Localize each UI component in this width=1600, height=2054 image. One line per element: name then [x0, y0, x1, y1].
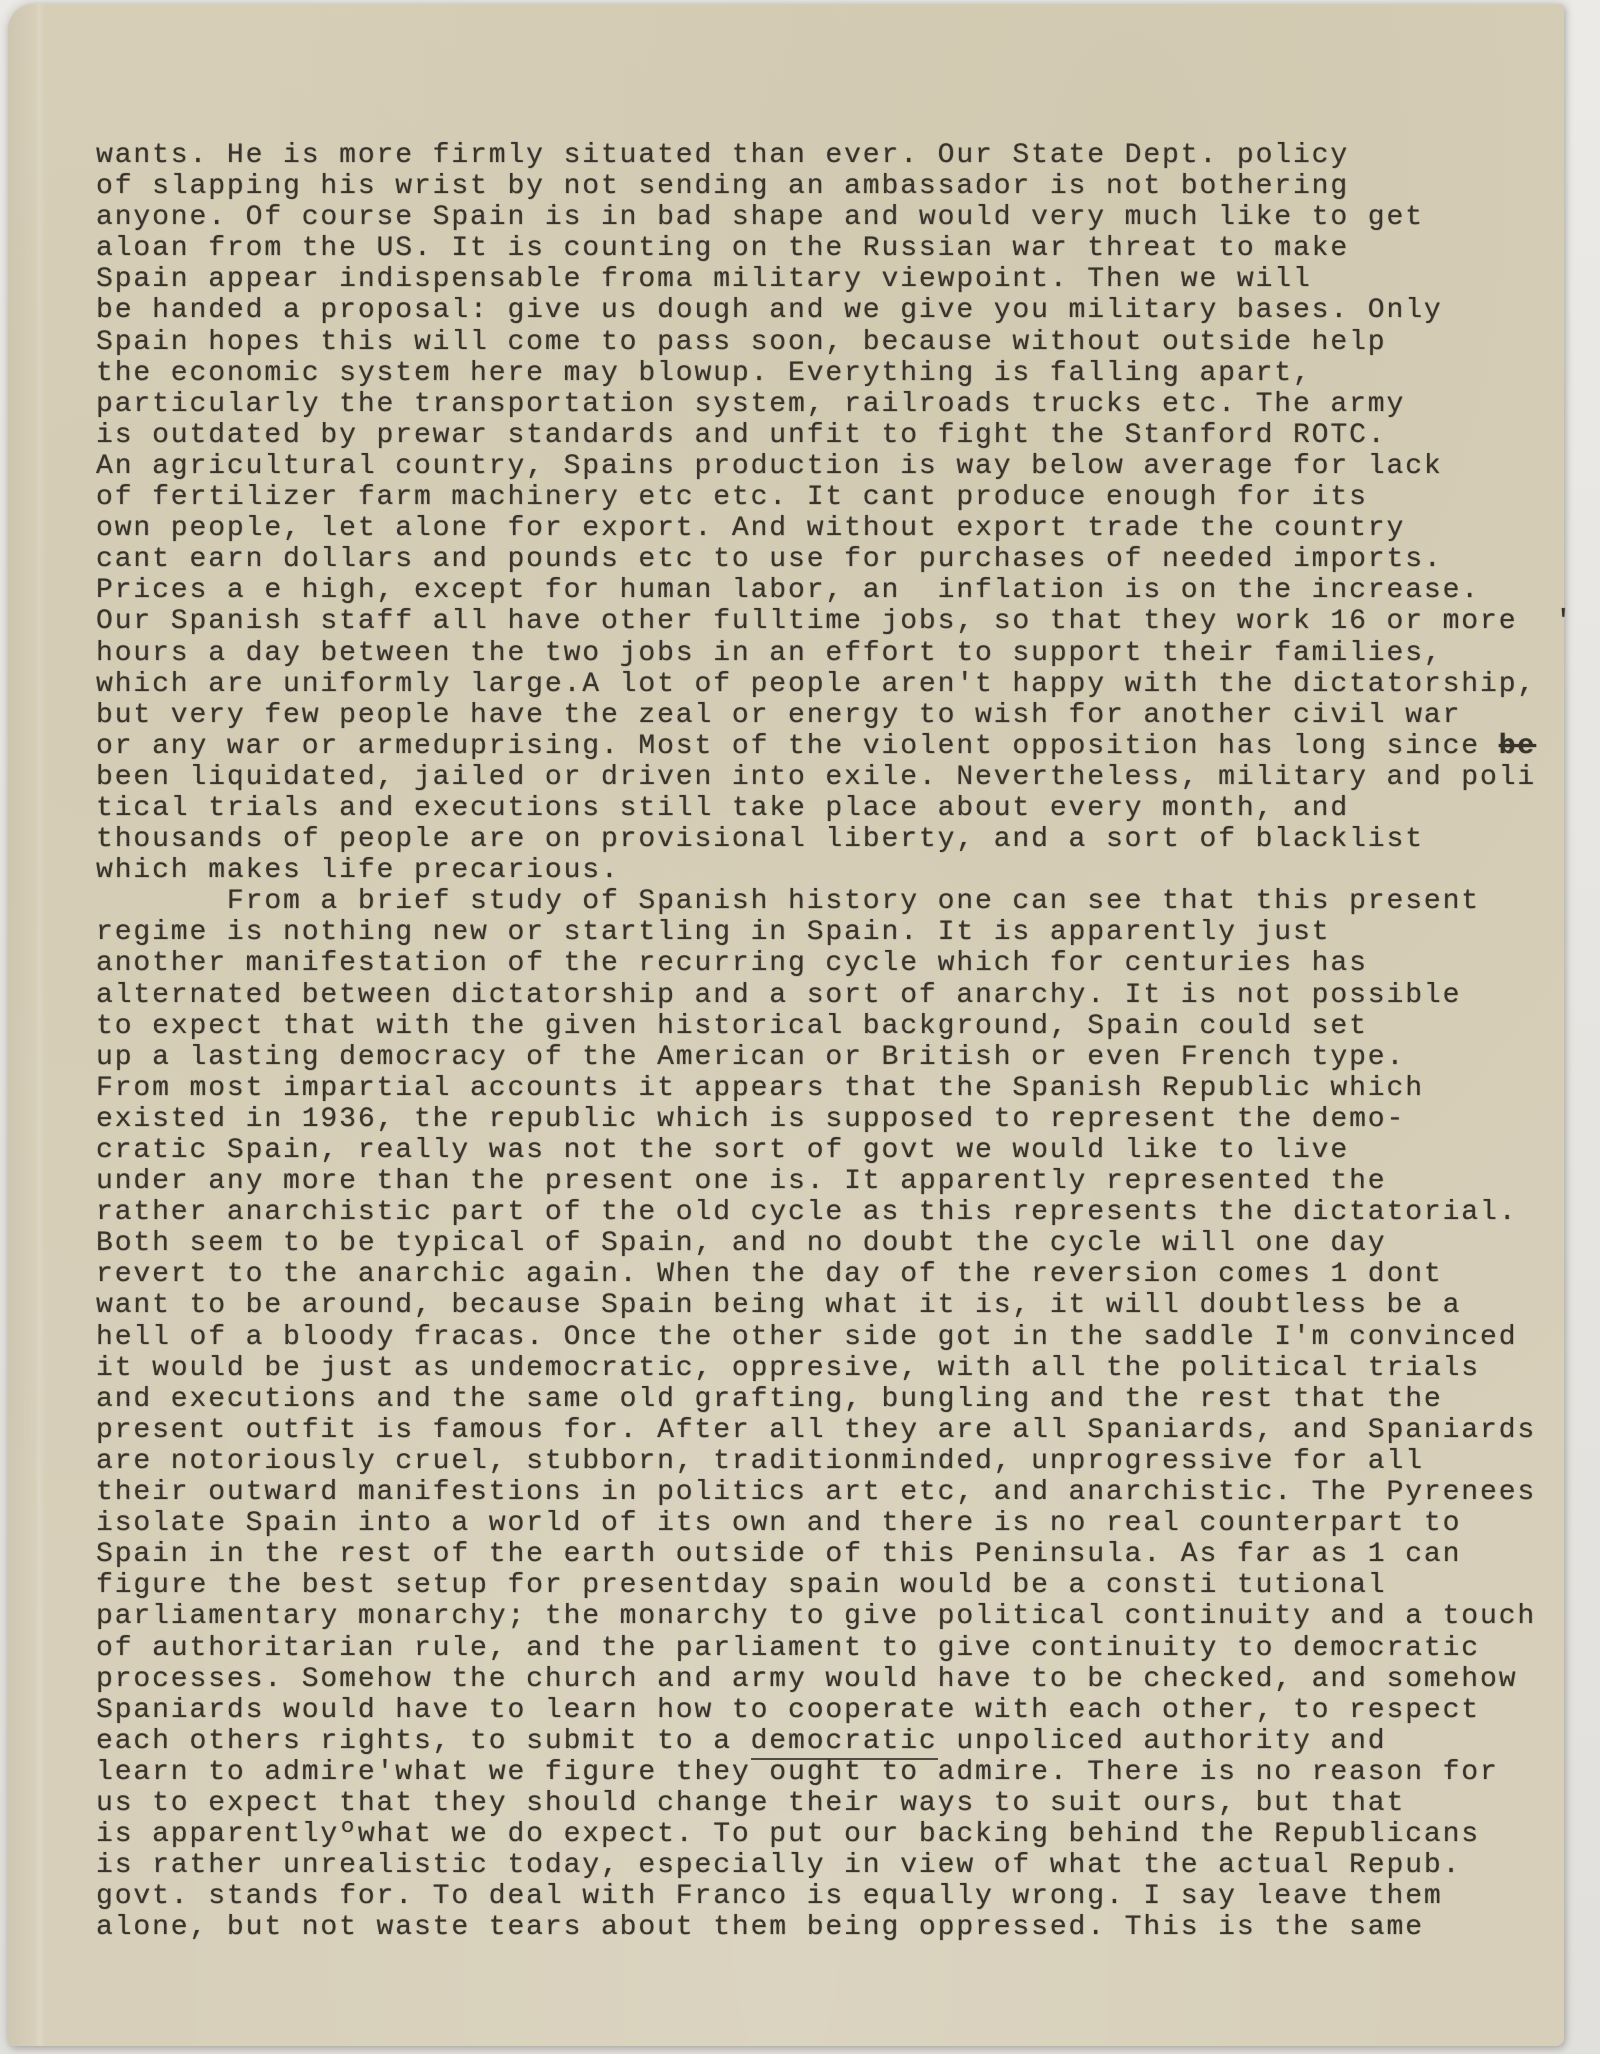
text-line: hours a day between the two jobs in an e… — [96, 638, 1576, 669]
text-line: is outdated by prewar standards and unfi… — [96, 420, 1576, 451]
text-segment: regime is nothing new or startling in Sp… — [96, 917, 1330, 948]
document-body: wants. He is more firmly situated than e… — [96, 140, 1576, 1943]
text-line: Both seem to be typical of Spain, and no… — [96, 1228, 1576, 1259]
text-line: each others rights, to submit to a democ… — [96, 1726, 1576, 1757]
text-segment: hell of a bloody fracas. Once the other … — [96, 1322, 1517, 1353]
struck-out-text: be — [1499, 731, 1536, 762]
text-line: Our Spanish staff all have other fulltim… — [96, 606, 1576, 637]
text-segment: cratic Spain, really was not the sort of… — [96, 1135, 1349, 1166]
text-segment: be handed a proposal: give us dough and … — [96, 295, 1443, 326]
text-segment: Spain appear indispensable froma militar… — [96, 264, 1312, 295]
text-segment: Our Spanish staff all have other fulltim… — [96, 606, 1574, 637]
text-segment: processes. Somehow the church and army w… — [96, 1664, 1517, 1695]
text-line: cant earn dollars and pounds etc to use … — [96, 544, 1576, 575]
text-line: the economic system here may blowup. Eve… — [96, 358, 1576, 389]
text-segment: rather anarchistic part of the old cycle… — [96, 1197, 1517, 1228]
text-line: learn to admire'what we figure they ough… — [96, 1757, 1576, 1788]
text-segment: Spaniards would have to learn how to coo… — [96, 1695, 1480, 1726]
text-line: of slapping his wrist by not sending an … — [96, 171, 1576, 202]
text-line: is rather unrealistic today, especially … — [96, 1850, 1576, 1881]
text-line: aloan from the US. It is counting on the… — [96, 233, 1576, 264]
text-segment: up a lasting democracy of the American o… — [96, 1042, 1405, 1073]
text-line: isolate Spain into a world of its own an… — [96, 1508, 1576, 1539]
text-segment: to expect that with the given historical… — [96, 1011, 1368, 1042]
text-line: under any more than the present one is. … — [96, 1166, 1576, 1197]
text-line: of authoritarian rule, and the parliamen… — [96, 1633, 1576, 1664]
text-segment: is outdated by prewar standards and unfi… — [96, 420, 1387, 451]
text-line: which makes life precarious. — [96, 855, 1576, 886]
text-segment: own people, let alone for export. And wi… — [96, 513, 1405, 544]
text-line: tical trials and executions still take p… — [96, 793, 1576, 824]
text-line: Spain appear indispensable froma militar… — [96, 264, 1576, 295]
text-line: it would be just as undemocratic, oppres… — [96, 1353, 1576, 1384]
text-line: figure the best setup for presentday spa… — [96, 1570, 1576, 1601]
text-segment: Spain in the rest of the earth outside o… — [96, 1539, 1461, 1570]
text-segment: Spain hopes this will come to pass soon,… — [96, 327, 1387, 358]
text-line: regime is nothing new or startling in Sp… — [96, 917, 1576, 948]
text-segment: which are uniformly large.A lot of peopl… — [96, 669, 1536, 700]
text-segment: revert to the anarchic again. When the d… — [96, 1259, 1443, 1290]
text-segment: parliamentary monarchy; the monarchy to … — [96, 1601, 1536, 1632]
text-line: another manifestation of the recurring c… — [96, 948, 1576, 979]
text-line: govt. stands for. To deal with Franco is… — [96, 1881, 1576, 1912]
text-line: up a lasting democracy of the American o… — [96, 1042, 1576, 1073]
text-line: been liquidated, jailed or driven into e… — [96, 762, 1576, 793]
text-line: alone, but not waste tears about them be… — [96, 1912, 1576, 1943]
text-line: From a brief study of Spanish history on… — [96, 886, 1576, 917]
text-line: their outward manifestions in politics a… — [96, 1477, 1576, 1508]
text-line: wants. He is more firmly situated than e… — [96, 140, 1576, 171]
text-line: Spain in the rest of the earth outside o… — [96, 1539, 1576, 1570]
text-line: particularly the transportation system, … — [96, 389, 1576, 420]
text-line: rather anarchistic part of the old cycle… — [96, 1197, 1576, 1228]
text-segment: of fertilizer farm machinery etc etc. It… — [96, 482, 1368, 513]
text-segment: been liquidated, jailed or driven into e… — [96, 762, 1536, 793]
text-line: be handed a proposal: give us dough and … — [96, 295, 1576, 326]
underlined-word: democratic — [751, 1726, 938, 1760]
text-segment: thousands of people are on provisional l… — [96, 824, 1424, 855]
paper-page: wants. He is more firmly situated than e… — [8, 4, 1564, 2046]
text-segment: alternated between dictatorship and a so… — [96, 980, 1461, 1011]
text-line: present outfit is famous for. After all … — [96, 1415, 1576, 1446]
text-segment: aloan from the US. It is counting on the… — [96, 233, 1349, 264]
text-line: An agricultural country, Spains producti… — [96, 451, 1576, 482]
text-line: Prices a e high, except for human labor,… — [96, 575, 1576, 606]
text-segment: but very few people have the zeal or ene… — [96, 700, 1461, 731]
text-segment: anyone. Of course Spain is in bad shape … — [96, 202, 1424, 233]
text-line: revert to the anarchic again. When the d… — [96, 1259, 1576, 1290]
text-segment: of slapping his wrist by not sending an … — [96, 171, 1349, 202]
text-segment: Both seem to be typical of Spain, and no… — [96, 1228, 1387, 1259]
text-line: thousands of people are on provisional l… — [96, 824, 1576, 855]
text-segment: learn to admire'what we figure they ough… — [96, 1757, 1499, 1788]
text-segment: us to expect that they should change the… — [96, 1788, 1405, 1819]
text-segment: is apparentlyºwhat we do expect. To put … — [96, 1819, 1480, 1850]
text-line: processes. Somehow the church and army w… — [96, 1664, 1576, 1695]
text-segment: unpoliced authority and — [938, 1726, 1387, 1757]
text-segment: of authoritarian rule, and the parliamen… — [96, 1633, 1480, 1664]
text-line: hell of a bloody fracas. Once the other … — [96, 1322, 1576, 1353]
text-line: parliamentary monarchy; the monarchy to … — [96, 1601, 1576, 1632]
text-line: own people, let alone for export. And wi… — [96, 513, 1576, 544]
text-line: us to expect that they should change the… — [96, 1788, 1576, 1819]
text-segment: cant earn dollars and pounds etc to use … — [96, 544, 1443, 575]
text-segment: tical trials and executions still take p… — [96, 793, 1349, 824]
text-line: and executions and the same old grafting… — [96, 1384, 1576, 1415]
text-segment: each others rights, to submit to a — [96, 1726, 751, 1757]
text-segment: alone, but not waste tears about them be… — [96, 1912, 1424, 1943]
text-segment: Prices a e high, except for human labor,… — [96, 575, 1480, 606]
text-segment: From a brief study of Spanish history on… — [96, 886, 1480, 917]
text-segment: is rather unrealistic today, especially … — [96, 1850, 1461, 1881]
text-segment: wants. He is more firmly situated than e… — [96, 140, 1349, 171]
text-line: of fertilizer farm machinery etc etc. It… — [96, 482, 1576, 513]
text-segment: the economic system here may blowup. Eve… — [96, 358, 1312, 389]
text-segment: are notoriously cruel, stubborn, traditi… — [96, 1446, 1424, 1477]
text-line: is apparentlyºwhat we do expect. To put … — [96, 1819, 1576, 1850]
text-segment: and executions and the same old grafting… — [96, 1384, 1443, 1415]
text-line: which are uniformly large.A lot of peopl… — [96, 669, 1576, 700]
text-line: From most impartial accounts it appears … — [96, 1073, 1576, 1104]
text-line: existed in 1936, the republic which is s… — [96, 1104, 1576, 1135]
text-line: cratic Spain, really was not the sort of… — [96, 1135, 1576, 1166]
text-segment: want to be around, because Spain being w… — [96, 1290, 1461, 1321]
text-segment: it would be just as undemocratic, oppres… — [96, 1353, 1480, 1384]
text-line: Spaniards would have to learn how to coo… — [96, 1695, 1576, 1726]
text-line: want to be around, because Spain being w… — [96, 1290, 1576, 1321]
text-segment: under any more than the present one is. … — [96, 1166, 1387, 1197]
text-segment: which makes life precarious. — [96, 855, 620, 886]
text-segment: figure the best setup for presentday spa… — [96, 1570, 1387, 1601]
text-segment: existed in 1936, the republic which is s… — [96, 1104, 1405, 1135]
text-line: anyone. Of course Spain is in bad shape … — [96, 202, 1576, 233]
text-segment: present outfit is famous for. After all … — [96, 1415, 1536, 1446]
text-line: but very few people have the zeal or ene… — [96, 700, 1576, 731]
text-segment: An agricultural country, Spains producti… — [96, 451, 1443, 482]
text-line: alternated between dictatorship and a so… — [96, 980, 1576, 1011]
text-line: Spain hopes this will come to pass soon,… — [96, 327, 1576, 358]
text-segment: another manifestation of the recurring c… — [96, 948, 1368, 979]
text-line: or any war or armeduprising. Most of the… — [96, 731, 1576, 762]
text-segment: or any war or armeduprising. Most of the… — [96, 731, 1499, 762]
text-segment: isolate Spain into a world of its own an… — [96, 1508, 1461, 1539]
text-segment: particularly the transportation system, … — [96, 389, 1405, 420]
text-segment: govt. stands for. To deal with Franco is… — [96, 1881, 1443, 1912]
text-line: are notoriously cruel, stubborn, traditi… — [96, 1446, 1576, 1477]
text-segment: From most impartial accounts it appears … — [96, 1073, 1424, 1104]
text-line: to expect that with the given historical… — [96, 1011, 1576, 1042]
text-segment: hours a day between the two jobs in an e… — [96, 638, 1443, 669]
text-segment: their outward manifestions in politics a… — [96, 1477, 1536, 1508]
